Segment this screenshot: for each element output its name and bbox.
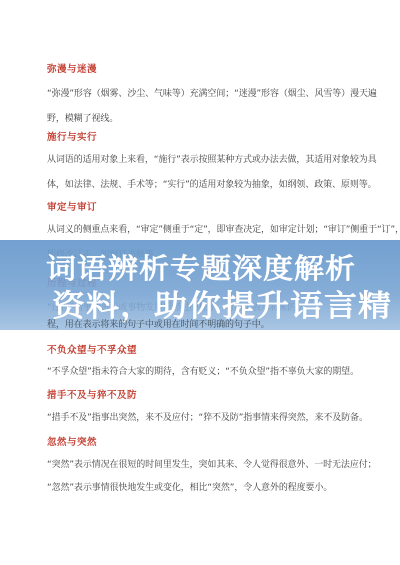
section-title-cuoshoubuji: 措手不及与猝不及防 <box>47 387 137 401</box>
section-title-shixing: 施行与实行 <box>47 129 97 143</box>
text-visible-through-banner: 程，用在表示将来的句子中或用在时间不明确的句子中。 <box>47 317 270 330</box>
section-paragraph-line: “不孚众望”指未符合大家的期待，含有贬义；“不负众望”指不辜负大家的期望。 <box>47 364 359 377</box>
section-paragraph-line: 野，模糊了视线。 <box>47 111 118 124</box>
section-paragraph-line: 体，如法律、法规、手术等；“实行”的适用对象较为抽象，如纲领、政策、原则等。 <box>47 177 377 190</box>
section-title-mimang: 弥漫与迷漫 <box>47 61 97 75</box>
section-paragraph-line: “突然”表示情况在很短的时间里发生，突如其来、令人觉得很意外、一时无法应付； <box>47 457 377 470</box>
section-title-shending: 审定与审订 <box>47 199 97 213</box>
section-paragraph-line: 从词义的侧重点来看，“审定”侧重于“定”，即审查决定，如审定计划；“审订”侧重于… <box>47 222 400 235</box>
section-title-bufuzhongwang: 不负众望与不孚众望 <box>47 342 137 356</box>
section-paragraph-line: 从词语的适用对象上来看，“施行”表示按照某种方式或办法去做，其适用对象较为具 <box>47 152 377 165</box>
section-title-huran: 忽然与突然 <box>47 434 97 448</box>
section-paragraph-line: “忽然”表示事情很快地发生或变化，相比“突然”，令人意外的程度要小。 <box>47 480 332 493</box>
banner-title-line1: 词语辨析专题深度解析 <box>46 246 356 286</box>
section-paragraph-line: “措手不及”指事出突然，来不及应付；“猝不及防”指事情来得突然，来不及防备。 <box>47 410 368 423</box>
section-paragraph-line: “弥漫”形容（烟雾、沙尘、气味等）充满空间；“迷漫”形容（烟尘、风雪等）漫天遍 <box>47 86 377 99</box>
